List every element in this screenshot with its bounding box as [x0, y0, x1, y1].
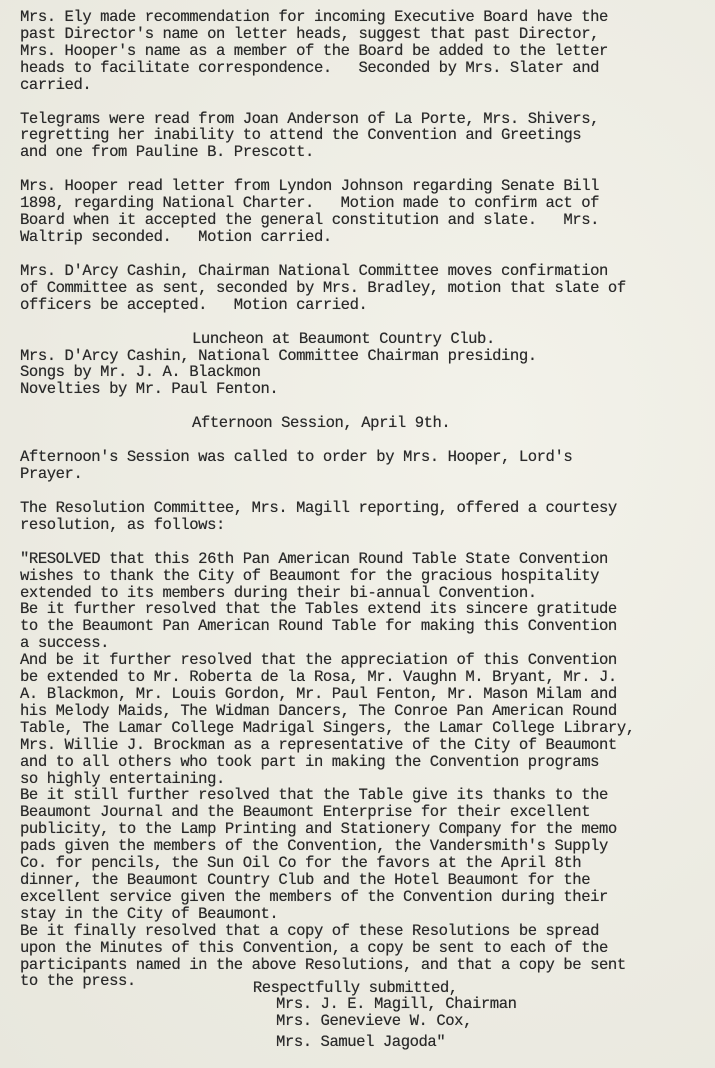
resolution-line: extended to its members during their bi-…: [20, 585, 710, 602]
text-line: Songs by Mr. J. A. Blackmon: [20, 364, 710, 381]
resolution-line: A. Blackmon, Mr. Louis Gordon, Mr. Paul …: [20, 686, 710, 703]
luncheon-section: Luncheon at Beaumont Country Club. Mrs. …: [20, 331, 710, 399]
resolution-line: publicity, to the Lamp Printing and Stat…: [20, 821, 710, 838]
text-line: Prayer.: [20, 466, 710, 483]
resolution-line: Co. for pencils, the Sun Oil Co for the …: [20, 855, 710, 872]
resolution-line: stay in the City of Beaumont.: [20, 906, 710, 923]
resolution-line: his Melody Maids, The Widman Dancers, Th…: [20, 703, 710, 720]
resolution-line: excellent service given the members of t…: [20, 889, 710, 906]
text-line: Mrs. Hooper's name as a member of the Bo…: [20, 43, 710, 60]
signature-block: to the press. Respectfully submitted, Mr…: [20, 973, 710, 1051]
text-line: The Resolution Committee, Mrs. Magill re…: [20, 500, 710, 517]
resolution-line: wishes to thank the City of Beaumont for…: [20, 568, 710, 585]
text-line: regretting her inability to attend the C…: [20, 127, 710, 144]
paragraph-ely-recommendation: Mrs. Ely made recommendation for incomin…: [20, 9, 710, 94]
signer-name: Mrs. Samuel Jagoda": [20, 1034, 710, 1051]
paragraph-johnson-letter: Mrs. Hooper read letter from Lyndon John…: [20, 178, 710, 246]
text-line: of Committee as sent, seconded by Mrs. B…: [20, 280, 710, 297]
text-line: Waltrip seconded. Motion carried.: [20, 229, 710, 246]
text-line: 1898, regarding National Charter. Motion…: [20, 195, 710, 212]
paragraph-resolution-committee: The Resolution Committee, Mrs. Magill re…: [20, 500, 710, 534]
resolution-line: a success.: [20, 635, 710, 652]
resolution-line: pads given the members of the Convention…: [20, 838, 710, 855]
resolution-line: Be it finally resolved that a copy of th…: [20, 923, 710, 940]
text-line: Novelties by Mr. Paul Fenton.: [20, 381, 710, 398]
text-line: to the press.: [20, 973, 136, 997]
signer-name: Mrs. J. E. Magill, Chairman: [20, 996, 710, 1013]
closing-line: Respectfully submitted,: [136, 973, 458, 997]
paragraph-called-to-order: Afternoon's Session was called to order …: [20, 449, 710, 483]
luncheon-heading: Luncheon at Beaumont Country Club.: [20, 331, 710, 348]
resolution-line: Mrs. Willie J. Brockman as a representat…: [20, 737, 710, 754]
paragraph-telegrams: Telegrams were read from Joan Anderson o…: [20, 111, 710, 162]
resolution-line: be extended to Mr. Roberta de la Rosa, M…: [20, 669, 710, 686]
text-line: Mrs. Ely made recommendation for incomin…: [20, 9, 710, 26]
text-line: heads to facilitate correspondence. Seco…: [20, 60, 710, 77]
text-line: past Director's name on letter heads, su…: [20, 26, 710, 43]
text-line: Mrs. Hooper read letter from Lyndon John…: [20, 178, 710, 195]
afternoon-session-heading: Afternoon Session, April 9th.: [20, 415, 710, 432]
text-line: Mrs. D'Arcy Cashin, Chairman National Co…: [20, 263, 710, 280]
text-line: and one from Pauline B. Prescott.: [20, 144, 710, 161]
resolution-line: to the Beaumont Pan American Round Table…: [20, 618, 710, 635]
resolution-text: "RESOLVED that this 26th Pan American Ro…: [20, 551, 710, 974]
text-line: officers be accepted. Motion carried.: [20, 297, 710, 314]
resolution-line: Table, The Lamar College Madrigal Singer…: [20, 720, 710, 737]
text-line: Telegrams were read from Joan Anderson o…: [20, 111, 710, 128]
resolution-line: dinner, the Beaumont Country Club and th…: [20, 872, 710, 889]
text-line: Afternoon's Session was called to order …: [20, 449, 710, 466]
resolution-line: Be it further resolved that the Tables e…: [20, 601, 710, 618]
text-line: Board when it accepted the general const…: [20, 212, 710, 229]
resolution-line: upon the Minutes of this Convention, a c…: [20, 940, 710, 957]
resolution-line: Beaumont Journal and the Beaumont Enterp…: [20, 804, 710, 821]
resolution-line: "RESOLVED that this 26th Pan American Ro…: [20, 551, 710, 568]
text-line: Mrs. D'Arcy Cashin, National Committee C…: [20, 348, 710, 365]
resolution-line: so highly entertaining.: [20, 771, 710, 788]
text-line: carried.: [20, 77, 710, 94]
signer-name: Mrs. Genevieve W. Cox,: [20, 1013, 710, 1030]
resolution-line: and to all others who took part in makin…: [20, 754, 710, 771]
typewritten-minutes-page: Mrs. Ely made recommendation for incomin…: [20, 9, 710, 1051]
resolution-line: Be it still further resolved that the Ta…: [20, 787, 710, 804]
resolution-line: And be it further resolved that the appr…: [20, 652, 710, 669]
paragraph-cashin-motion: Mrs. D'Arcy Cashin, Chairman National Co…: [20, 263, 710, 314]
text-line: resolution, as follows:: [20, 517, 710, 534]
resolution-line: participants named in the above Resoluti…: [20, 957, 710, 974]
